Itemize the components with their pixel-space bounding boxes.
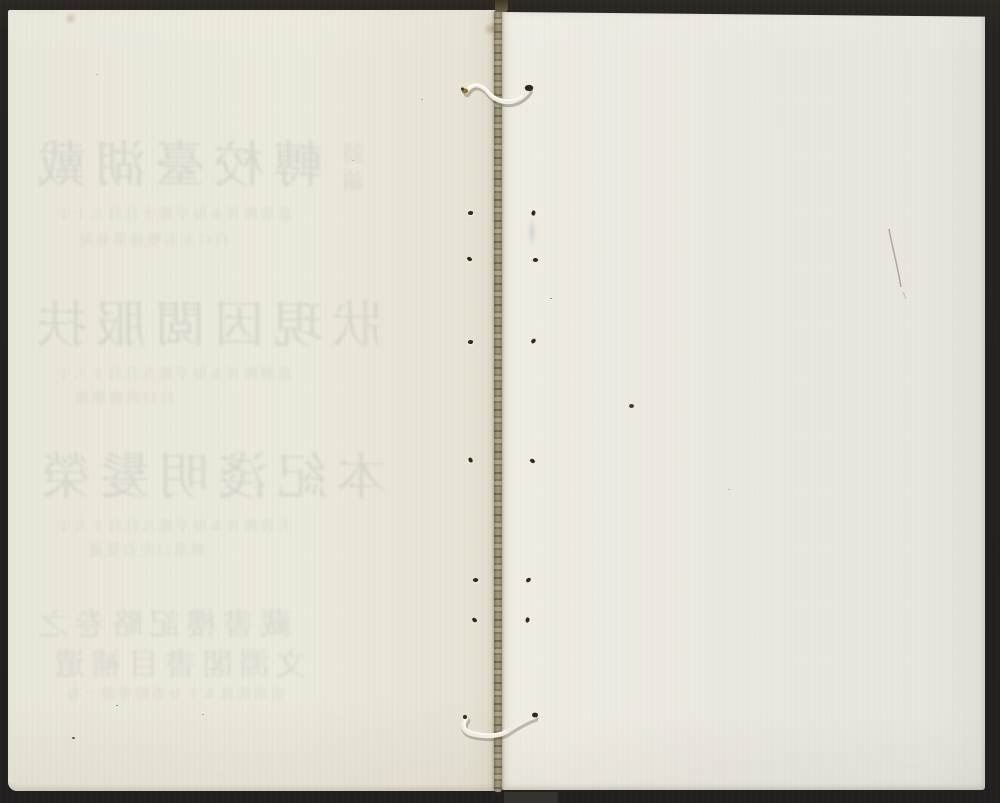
showthrough-text: 白口左右雙邊單魚尾 bbox=[76, 234, 229, 248]
showthrough-text: 嘉靖間刊本每半葉十行行二十字 bbox=[54, 208, 292, 222]
paper-speck bbox=[629, 404, 634, 408]
showthrough-layer: 轉校臺湖戴 詩論 嘉靖間刊本每半葉十行行二十字 白口左右雙邊單魚尾 狀現因閲服扶… bbox=[8, 10, 496, 791]
showthrough-text: 本紀淺明髮榮 bbox=[32, 452, 386, 502]
showthrough-text: 細黑口左右雙邊 bbox=[86, 544, 205, 558]
showthrough-text: 萬曆間刊本每半葉九行行十八字 bbox=[54, 368, 292, 382]
showthrough-text: 文淵閣書目補遺 bbox=[48, 650, 307, 681]
stitch-hole bbox=[468, 457, 473, 463]
showthrough-text: 藏書樓記略卷之 bbox=[32, 610, 291, 641]
showthrough-text: 白口四周單邊 bbox=[72, 392, 174, 406]
binding-strip-top-edge bbox=[495, 0, 508, 12]
corner-stain bbox=[64, 12, 77, 25]
paper-speck bbox=[728, 489, 730, 490]
left-page: 轉校臺湖戴 詩論 嘉靖間刊本每半葉十行行二十字 白口左右雙邊單魚尾 狀現因閲服扶… bbox=[8, 10, 496, 791]
paper-speck bbox=[352, 160, 354, 161]
paper-speck bbox=[421, 99, 423, 100]
showthrough-text: 天啓間刊本每半葉八行行十九字 bbox=[54, 520, 292, 534]
paper-speck bbox=[96, 74, 98, 75]
showthrough-text: 狀現因閲服扶 bbox=[28, 300, 382, 350]
book-scan-photo: 轉校臺湖戴 詩論 嘉靖間刊本每半葉十行行二十字 白口左右雙邊單魚尾 狀現因閲服扶… bbox=[0, 0, 1000, 803]
paper-speck bbox=[550, 298, 552, 299]
strip-top-smudge bbox=[483, 22, 501, 36]
right-page bbox=[502, 12, 985, 790]
showthrough-text: 崇禎間寫本不分卷附考證一卷 bbox=[64, 688, 285, 702]
binding-strip bbox=[494, 10, 502, 792]
paper-speck bbox=[116, 705, 118, 706]
showthrough-text: 詩論 bbox=[344, 142, 366, 292]
paper-speck bbox=[72, 737, 75, 739]
paper-speck bbox=[202, 714, 204, 715]
showthrough-text: 轉校臺湖戴 bbox=[28, 140, 323, 190]
ink-smudge bbox=[527, 217, 537, 247]
binding-strip-bottom-edge bbox=[504, 792, 558, 803]
